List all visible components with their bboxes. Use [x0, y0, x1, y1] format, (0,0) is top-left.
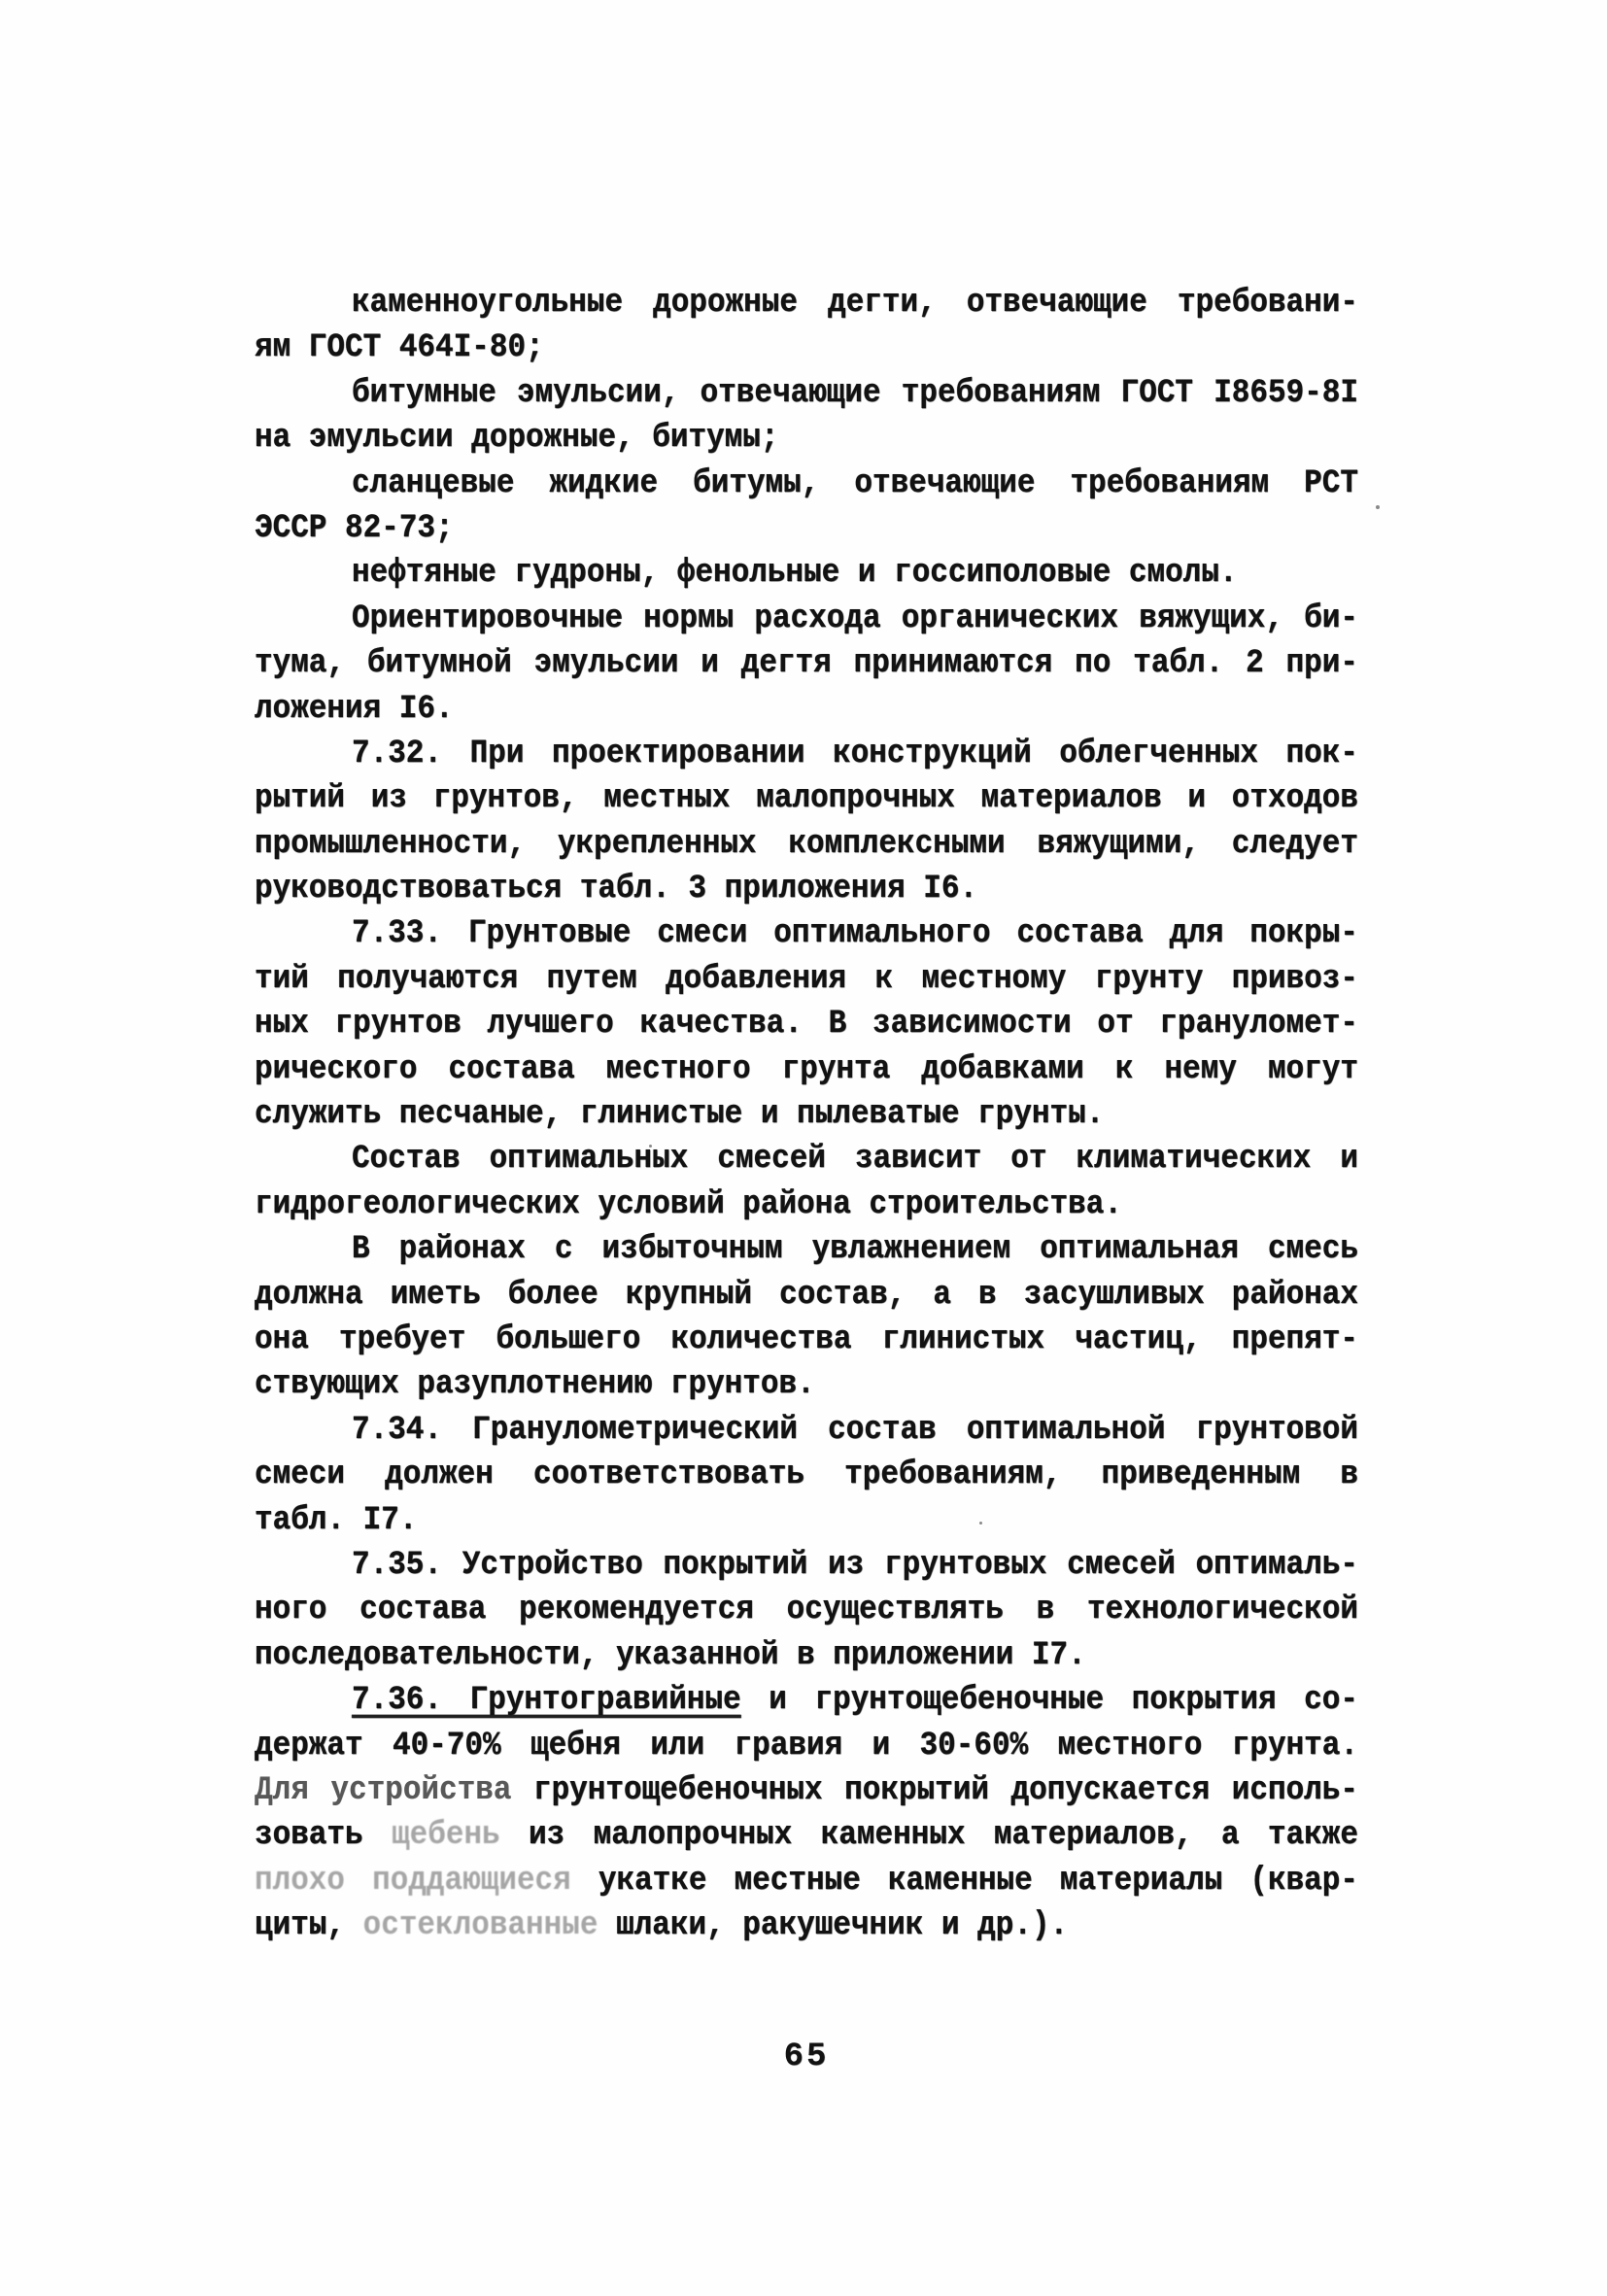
text-line: Состав оптимальных смесей зависит от кли…	[255, 1135, 1358, 1185]
text-block: каменноугольные дорожные дегти, отвечающ…	[255, 281, 1358, 1948]
text-line: ложения I6.	[255, 684, 1358, 735]
text-line: ного состава рекомендуется осуществлять …	[255, 1586, 1358, 1636]
text-line: смеси должен соответствовать требованиям…	[255, 1450, 1358, 1500]
page-footer: 65	[255, 2039, 1358, 2075]
text-line: служить песчаные, глинистые и пылеватые …	[255, 1089, 1358, 1140]
text-segment: из малопрочных каменных материалов, а та…	[500, 1816, 1358, 1854]
text-line: ЭССР 82-73;	[255, 503, 1358, 554]
text-line: Ориентировочные нормы расхода органическ…	[255, 594, 1358, 644]
text-segment: рического состава местного грунта добавк…	[255, 1049, 1358, 1087]
text-line: промышленности, укрепленных комплексными…	[255, 819, 1358, 870]
scan-speckle	[979, 1522, 982, 1525]
text-segment: Ориентировочные нормы расхода органическ…	[352, 600, 1358, 637]
text-line: зовать щебень из малопрочных каменных ма…	[255, 1810, 1358, 1861]
text-segment: ложения I6.	[255, 689, 454, 727]
text-segment: 7.34. Гранулометрический состав оптималь…	[352, 1411, 1358, 1449]
text-line: 7.34. Гранулометрический состав оптималь…	[255, 1405, 1358, 1456]
text-segment: ЭССР 82-73;	[255, 509, 454, 547]
text-line: 7.35. Устройство покрытий из грунтовых с…	[255, 1540, 1358, 1591]
text-line: должна иметь более крупный состав, а в з…	[255, 1270, 1358, 1320]
text-line: руководствоваться табл. 3 приложения I6.	[255, 864, 1358, 914]
text-segment: ных грунтов лучшего качества. В зависимо…	[255, 1005, 1358, 1043]
text-line: Для устройства грунтощебеночных покрытий…	[255, 1765, 1358, 1816]
text-line: табл. I7.	[255, 1495, 1358, 1546]
text-segment: нефтяные гудроны, фенольные и госсиполов…	[352, 554, 1238, 592]
text-segment: тума, битумной эмульсии и дегтя принимаю…	[255, 644, 1358, 682]
scanned-document-page: каменноугольные дорожные дегти, отвечающ…	[0, 0, 1607, 2296]
text-segment: 7.33. Грунтовые смеси оптимального соста…	[352, 914, 1358, 952]
text-segment-underline: 7.36. Грунтогравийные	[352, 1681, 741, 1719]
text-segment: руководствоваться табл. 3 приложения I6.	[255, 870, 977, 908]
text-segment: циты,	[255, 1906, 363, 1944]
scan-speckle	[1376, 505, 1380, 509]
text-segment: должна иметь более крупный состав, а в з…	[255, 1275, 1358, 1313]
text-segment: ствующих разуплотнению грунтов.	[255, 1365, 815, 1403]
text-line: 7.36. Грунтогравийные и грунтощебеночные…	[255, 1675, 1358, 1726]
text-line: нефтяные гудроны, фенольные и госсиполов…	[255, 549, 1358, 600]
text-line: В районах с избыточным увлажнением оптим…	[255, 1224, 1358, 1275]
text-segment: последовательности, указанной в приложен…	[255, 1636, 1086, 1674]
text-line: держат 40-70% щебня или гравия и 30-60% …	[255, 1721, 1358, 1771]
text-segment: служить песчаные, глинистые и пылеватые …	[255, 1095, 1104, 1133]
text-line: битумные эмульсии, отвечающие требования…	[255, 368, 1358, 419]
text-segment-faded: остеклованные	[363, 1906, 598, 1944]
text-segment: рытий из грунтов, местных малопрочных ма…	[255, 779, 1358, 817]
text-segment: промышленности, укрепленных комплексными…	[255, 825, 1358, 863]
text-segment: битумные эмульсии, отвечающие требования…	[352, 374, 1358, 412]
text-segment: держат 40-70% щебня или гравия и 30-60% …	[255, 1726, 1358, 1764]
text-segment: ям ГОСТ 464I-80;	[255, 328, 544, 366]
text-line: на эмульсии дорожные, битумы;	[255, 413, 1358, 463]
text-line: рического состава местного грунта добавк…	[255, 1045, 1358, 1095]
text-line: последовательности, указанной в приложен…	[255, 1630, 1358, 1681]
text-segment: тий получаются путем добавления к местно…	[255, 960, 1358, 998]
text-segment: гидрогеологических условий района строит…	[255, 1185, 1122, 1223]
text-line: рытий из грунтов, местных малопрочных ма…	[255, 774, 1358, 825]
text-segment: ного состава рекомендуется осуществлять …	[255, 1591, 1358, 1628]
text-line: циты, остеклованные шлаки, ракушечник и …	[255, 1901, 1358, 1951]
text-line: каменноугольные дорожные дегти, отвечающ…	[255, 278, 1358, 328]
text-segment: на эмульсии дорожные, битумы;	[255, 419, 779, 457]
text-segment: 7.35. Устройство покрытий из грунтовых с…	[352, 1546, 1358, 1584]
text-segment: В районах с избыточным увлажнением оптим…	[352, 1230, 1358, 1268]
text-line: ствующих разуплотнению грунтов.	[255, 1360, 1358, 1411]
text-segment: табл. I7.	[255, 1500, 417, 1538]
text-segment-faded: щебень	[392, 1816, 500, 1854]
text-segment: смеси должен соответствовать требованиям…	[255, 1456, 1358, 1493]
text-line: ям ГОСТ 464I-80;	[255, 324, 1358, 374]
text-line: ных грунтов лучшего качества. В зависимо…	[255, 999, 1358, 1049]
text-segment: 7.32. При проектировании конструкций обл…	[352, 735, 1358, 772]
text-segment: она требует большего количества глинисты…	[255, 1320, 1358, 1358]
text-segment: шлаки, ракушечник и др.).	[598, 1906, 1068, 1944]
text-segment: каменноугольные дорожные дегти, отвечающ…	[352, 284, 1358, 322]
text-segment: зовать	[255, 1816, 392, 1854]
text-segment: грунтощебеночных покрытий допускается ис…	[511, 1771, 1358, 1809]
text-segment: сланцевые жидкие битумы, отвечающие треб…	[352, 463, 1358, 501]
text-line: 7.32. При проектировании конструкций обл…	[255, 729, 1358, 779]
text-line: 7.33. Грунтовые смеси оптимального соста…	[255, 909, 1358, 960]
text-line: сланцевые жидкие битумы, отвечающие треб…	[255, 459, 1358, 509]
text-line: она требует большего количества глинисты…	[255, 1315, 1358, 1365]
text-segment: укатке местные каменные материалы (квар-	[571, 1861, 1358, 1899]
text-line: гидрогеологических условий района строит…	[255, 1180, 1358, 1230]
scan-speckle	[649, 1145, 652, 1148]
text-segment: и грунтощебеночные покрытия со-	[741, 1681, 1358, 1719]
text-segment-faded: плохо поддающиеся	[255, 1861, 571, 1899]
text-line: тума, битумной эмульсии и дегтя принимаю…	[255, 638, 1358, 689]
text-segment: Состав оптимальных смесей зависит от кли…	[352, 1140, 1358, 1178]
text-line: плохо поддающиеся укатке местные каменны…	[255, 1856, 1358, 1906]
page-number: 65	[784, 2039, 830, 2075]
text-segment-dim: Для устройства	[255, 1771, 511, 1809]
text-line: тий получаются путем добавления к местно…	[255, 954, 1358, 1005]
